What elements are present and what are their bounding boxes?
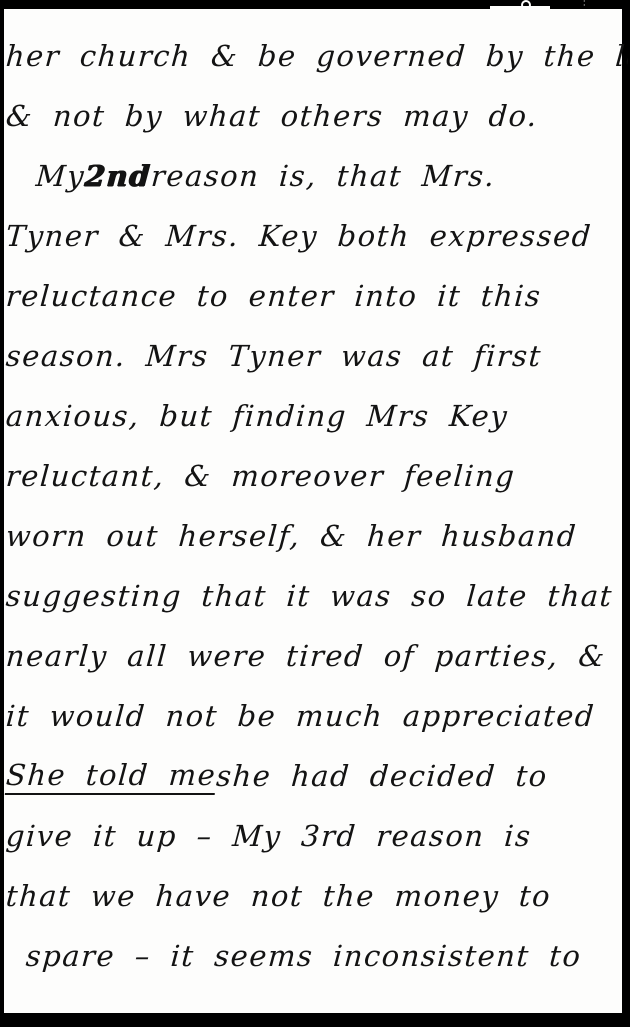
handwritten-line: reluctance to enter into it this [4,266,630,326]
underlined-phrase: She told me [5,758,218,795]
handwritten-line: Tyner & Mrs. Key both expressed [4,206,630,266]
line-text: My [35,159,86,193]
handwritten-line: spare – it seems inconsistent to [4,926,630,986]
handwritten-line: that we have not the money to [4,866,630,926]
line-text: reluctant, & moreover feeling [5,459,517,493]
line-text: & not by what others may do. [5,99,539,133]
line-text: her church & be governed by the law [5,39,630,73]
scanned-page: · · her church & be governed by the law … [0,0,630,1027]
line-text: reason is, that Mrs. [150,159,497,193]
line-text: spare – it seems inconsistent to [25,939,583,973]
line-text: season. Mrs Tyner was at first [5,339,543,373]
handwritten-line: reluctant, & moreover feeling [4,446,630,506]
scan-edge-notch [490,6,550,10]
circle-mark-icon [521,0,531,10]
handwritten-line: My 2nd reason is, that Mrs. [4,146,630,206]
line-text: reluctance to enter into it this [5,279,543,313]
overwritten-word: 2nd [84,159,152,193]
handwritten-line: her church & be governed by the law [4,26,630,86]
handwritten-line: it would not be much appreciated [4,686,630,746]
line-text: suggesting that it was so late that [5,579,614,613]
handwritten-line: She told me she had decided to [4,746,630,806]
line-text: worn out herself, & her husband [5,519,578,553]
handwritten-line: suggesting that it was so late that [4,566,630,626]
line-text: anxious, but finding Mrs Key [5,399,510,433]
line-text: she had decided to [215,759,549,793]
line-text: that we have not the money to [5,879,553,913]
handwritten-line: season. Mrs Tyner was at first [4,326,630,386]
line-text: it would not be much appreciated [5,699,596,733]
tick-marks-icon: · · [583,0,597,4]
handwritten-line: give it up – My 3rd reason is [4,806,630,866]
letter-body: her church & be governed by the law & no… [6,26,628,986]
handwritten-line: & not by what others may do. [4,86,630,146]
handwritten-line: nearly all were tired of parties, & [4,626,630,686]
line-text: give it up – My 3rd reason is [5,819,533,853]
handwritten-line: worn out herself, & her husband [4,506,630,566]
line-text: Tyner & Mrs. Key both expressed [5,219,593,253]
handwritten-line: anxious, but finding Mrs Key [4,386,630,446]
line-text: nearly all were tired of parties, & [5,639,607,673]
